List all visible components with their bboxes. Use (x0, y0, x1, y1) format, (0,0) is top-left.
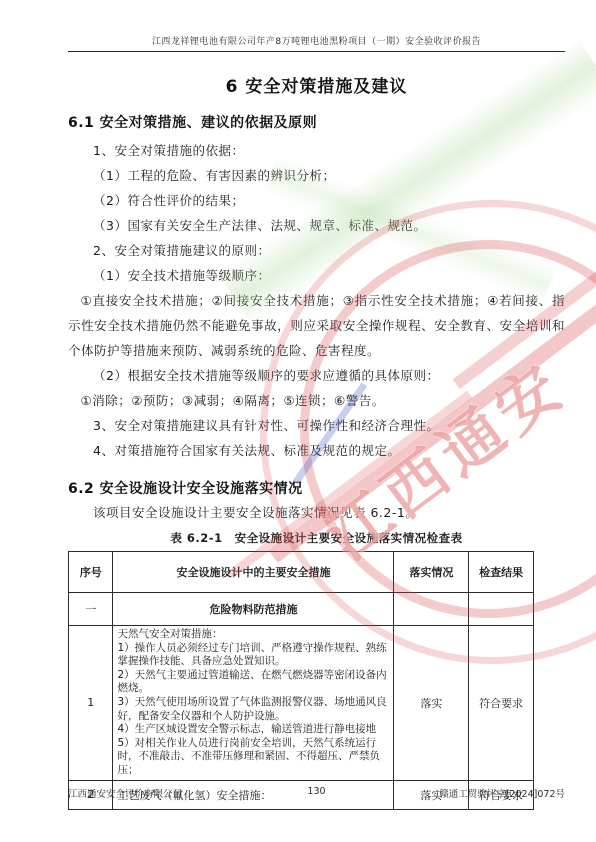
body-paragraph: （2）符合性评价的结果； (68, 188, 565, 213)
cell-no: 一 (69, 593, 113, 626)
section-6-2-intro: 该项目安全设施设计主要安全设施落实情况见表 6.2-1。 (68, 500, 565, 525)
body-paragraph: ①消除；②预防；③减弱；④隔离；⑤连锁；⑥警告。 (68, 388, 565, 413)
page-footer: 江西通安安全评价有限公司 130 赣通工贸验评字[2024]072号 (68, 786, 565, 800)
measure-line: 3）天然气使用场所设置了气体监测报警仪器、场地通风良好，配备安全仪器和个人防护设… (117, 696, 389, 723)
measure-line: 5）对相关作业人员进行岗前安全培训，天然气系统运行时，不准敲击、不准带压修理和紧… (117, 737, 389, 778)
table-row: 1 天然气安全对策措施：1）操作人员必须经过专门培训、严格遵守操作规程、熟练掌握… (69, 626, 534, 781)
cell-impl: 落实 (394, 626, 469, 781)
chapter-title: 6 安全对策措施及建议 (68, 72, 565, 97)
measure-text: 天然气安全对策措施：1）操作人员必须经过专门培训、严格遵守操作规程、熟练掌握操作… (117, 628, 389, 778)
cell-impl (394, 593, 469, 626)
cell-measure: 天然气安全对策措施：1）操作人员必须经过专门培训、严格遵守操作规程、熟练掌握操作… (113, 626, 394, 781)
body-paragraph: （1）安全技术措施等级顺序： (68, 263, 565, 288)
cell-result: 符合要求 (469, 626, 534, 781)
body-paragraph: 1、安全对策措施的依据： (68, 138, 565, 163)
header-cell-measure: 安全设施设计中的主要安全措施 (113, 552, 394, 593)
footer-document-number: 赣通工贸验评字[2024]072号 (439, 786, 565, 800)
body-paragraph: 4、对策措施符合国家有关法规、标准及规范的规定。 (68, 438, 565, 463)
header-cell-impl: 落实情况 (394, 552, 469, 593)
table-caption: 表 6.2-1 安全设施设计主要安全设施落实情况检查表 (68, 530, 565, 546)
body-paragraph: （3）国家有关安全生产法律、法规、规章、标准、规范。 (68, 213, 565, 238)
header-cell-result: 检查结果 (469, 552, 534, 593)
measure-line: 4）生产区域设置安全警示标志，输送管道进行静电接地 (117, 723, 389, 737)
section-6-2-title: 6.2 安全设施设计安全设施落实情况 (68, 478, 565, 498)
body-paragraph: （2）根据安全技术措施等级顺序的要求应遵循的具体原则： (68, 363, 565, 388)
document-page: 江西龙祥锂电池有限公司年产8万吨锂电池黑粉项目（一期）安全验收评价报告 6 安全… (0, 0, 596, 842)
cell-no: 1 (69, 626, 113, 781)
body-paragraph: （1）工程的危险、有害因素的辨识分析； (68, 163, 565, 188)
body-paragraph: 2、安全对策措施建议的原则： (68, 238, 565, 263)
measure-line: 1）操作人员必须经过专门培训、严格遵守操作规程、熟练掌握操作技能、具备应急处置知… (117, 642, 389, 669)
page-content: 江西龙祥锂电池有限公司年产8万吨锂电池黑粉项目（一期）安全验收评价报告 6 安全… (0, 0, 596, 810)
measure-line: 2）天然气主要通过管道输送、在燃气燃烧器等密闭设备内燃烧。 (117, 669, 389, 696)
body-paragraph: 3、安全对策措施建议具有针对性、可操作性和经济合理性。 (68, 413, 565, 438)
header-cell-no: 序号 (69, 552, 113, 593)
cell-result (469, 593, 534, 626)
measure-line: 天然气安全对策措施： (117, 628, 389, 642)
body-paragraph: ①直接安全技术措施；②间接安全技术措施；③指示性安全技术措施；④若间接、指示性安… (68, 288, 565, 363)
section-6-1-title: 6.1 安全对策措施、建议的依据及原则 (68, 112, 565, 132)
table-row-category: 一 危险物料防范措施 (69, 593, 534, 626)
page-header-title: 江西龙祥锂电池有限公司年产8万吨锂电池黑粉项目（一期）安全验收评价报告 (68, 34, 565, 52)
cell-measure-category: 危险物料防范措施 (113, 593, 394, 626)
section-6-1-body: 1、安全对策措施的依据：（1）工程的危险、有害因素的辨识分析；（2）符合性评价的… (68, 138, 565, 463)
safety-measures-table: 序号 安全设施设计中的主要安全措施 落实情况 检查结果 一 危险物料防范措施 1… (68, 551, 534, 810)
table-header-row: 序号 安全设施设计中的主要安全措施 落实情况 检查结果 (69, 552, 534, 593)
